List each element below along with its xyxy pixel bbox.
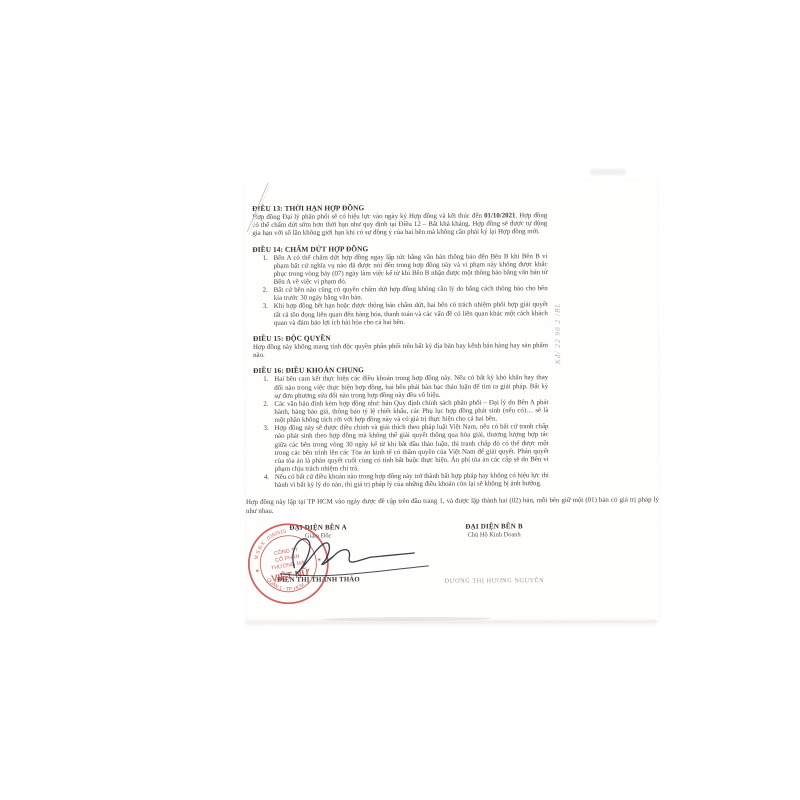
item-number: 2.: [263, 401, 271, 425]
section-item: 4.Nếu có bất cứ điều khoản nào trong hợp…: [264, 472, 549, 490]
section-item: 1.Bên A có thể chấm dứt hợp đồng ngay lậ…: [262, 253, 547, 287]
section-item-text: Các văn bản đính kèm hợp đồng như: bản Q…: [274, 399, 548, 425]
document-photo: ĐIỀU 13: THỜI HẠN HỢP ĐỒNGHợp đồng Đại l…: [0, 0, 800, 800]
section-heading: ĐIỀU 15: ĐỘC QUYỀN: [253, 332, 548, 343]
section-item: 1.Hai bên cam kết thực hiện các điều kho…: [263, 375, 548, 401]
section-item-list: 1.Hai bên cam kết thực hiện các điều kho…: [263, 375, 549, 491]
item-number: 4.: [264, 474, 272, 490]
section-item: 3.Khi hợp đồng hết hạn hoặc được thông b…: [263, 302, 548, 328]
section-paragraph: Hợp đồng Đại lý phân phối sẽ có hiệu lực…: [252, 212, 547, 238]
section-item-text: Bất cứ bên nào cũng có quyền chấm dứt hợ…: [274, 285, 548, 303]
contract-section: ĐIỀU 15: ĐỘC QUYỀNHợp đồng này không man…: [253, 332, 548, 360]
item-number: 1.: [263, 376, 271, 400]
party-b-title: ĐẠI DIỆN BÊN B: [441, 522, 547, 531]
section-paragraph: Hợp đồng này không mang tính độc quyền p…: [253, 342, 548, 360]
party-b-role: Chủ Hộ Kinh Doanh: [441, 531, 547, 539]
section-heading: ĐIỀU 13: THỜI HẠN HỢP ĐỒNG: [252, 202, 547, 213]
section-item-text: Hai bên cam kết thực hiện các điều khoản…: [274, 375, 548, 401]
photo-artifact-smudge: [590, 169, 626, 175]
contract-section: ĐIỀU 14: CHẤM DỨT HỢP ĐỒNG1.Bên A có thể…: [252, 243, 548, 328]
closing-paragraph: Hợp đồng này lập tại TP HCM vào ngày đượ…: [246, 497, 659, 516]
section-item: 3.Hợp đồng này sẽ được điều chỉnh và giả…: [263, 423, 548, 474]
section-item-text: Nếu có bất cứ điều khoản nào trong hợp đ…: [275, 472, 549, 490]
party-b-name: DƯƠNG THỊ HƯƠNG NGUYÊN: [441, 577, 547, 585]
item-number: 1.: [262, 254, 270, 287]
contract-body: ĐIỀU 13: THỜI HẠN HỢP ĐỒNGHợp đồng Đại l…: [244, 179, 659, 490]
section-heading: ĐIỀU 16: ĐIỀU KHOẢN CHUNG: [253, 364, 548, 375]
section-heading: ĐIỀU 14: CHẤM DỨT HỢP ĐỒNG: [252, 243, 547, 254]
item-number: 3.: [263, 425, 271, 474]
paper-edge-shadow: [245, 620, 657, 629]
item-number: 3.: [263, 303, 271, 327]
contract-section: ĐIỀU 16: ĐIỀU KHOẢN CHUNG1.Hai bên cam k…: [253, 364, 549, 490]
section-item-text: Khi hợp đồng hết hạn hoặc được thông báo…: [274, 302, 548, 328]
section-item: 2.Các văn bản đính kèm hợp đồng như: bản…: [263, 399, 548, 425]
contract-page: ĐIỀU 13: THỜI HẠN HỢP ĐỒNGHợp đồng Đại l…: [244, 179, 660, 623]
item-number: 2.: [263, 287, 271, 303]
contract-section: ĐIỀU 13: THỜI HẠN HỢP ĐỒNGHợp đồng Đại l…: [252, 202, 547, 238]
stamp-star-left-icon: ★: [255, 568, 261, 575]
handwritten-annotation: Kđ/ 22 96 2 /BL: [553, 302, 562, 364]
section-item-list: 1.Bên A có thể chấm dứt hợp đồng ngay lậ…: [262, 253, 547, 328]
section-item: 2.Bất cứ bên nào cũng có quyền chấm dứt …: [263, 285, 548, 303]
section-item-text: Bên A có thể chấm dứt hợp đồng ngay lập …: [273, 253, 547, 287]
party-b-signature-column: ĐẠI DIỆN BÊN B Chủ Hộ Kinh Doanh DƯƠNG T…: [441, 522, 547, 585]
section-item-text: Hợp đồng này sẽ được điều chỉnh và giải …: [274, 423, 548, 474]
signature-squiggle: [272, 527, 437, 583]
